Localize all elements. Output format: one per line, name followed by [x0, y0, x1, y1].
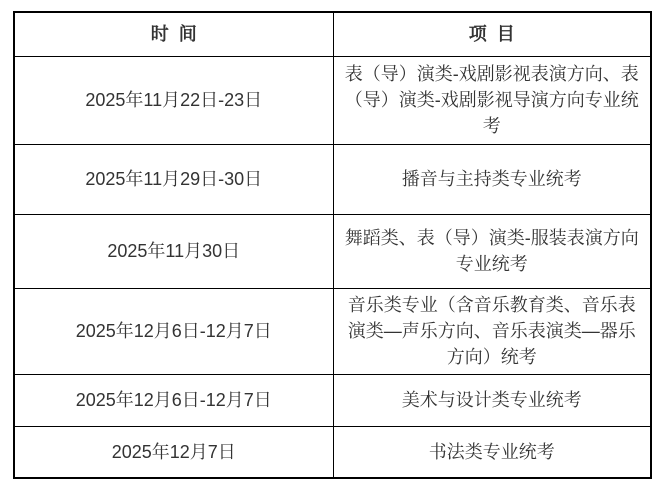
time-cell: 2025年11月29日-30日 — [14, 144, 333, 214]
time-cell: 2025年11月30日 — [14, 214, 333, 288]
time-cell: 2025年12月6日-12月7日 — [14, 288, 333, 374]
table-row: 2025年11月22日-23日 表（导）演类-戏剧影视表演方向、表（导）演类-戏… — [14, 56, 651, 144]
header-project: 项 目 — [333, 12, 651, 56]
table-row: 2025年12月7日 书法类专业统考 — [14, 426, 651, 478]
header-time: 时 间 — [14, 12, 333, 56]
project-cell: 表（导）演类-戏剧影视表演方向、表（导）演类-戏剧影视导演方向专业统考 — [333, 56, 651, 144]
time-cell: 2025年12月6日-12月7日 — [14, 374, 333, 426]
table-row: 2025年12月6日-12月7日 美术与设计类专业统考 — [14, 374, 651, 426]
table-row: 2025年11月30日 舞蹈类、表（导）演类-服装表演方向专业统考 — [14, 214, 651, 288]
project-cell: 音乐类专业（含音乐教育类、音乐表演类—声乐方向、音乐表演类—器乐方向）统考 — [333, 288, 651, 374]
table-row: 2025年11月29日-30日 播音与主持类专业统考 — [14, 144, 651, 214]
project-cell: 舞蹈类、表（导）演类-服装表演方向专业统考 — [333, 214, 651, 288]
table-row: 2025年12月6日-12月7日 音乐类专业（含音乐教育类、音乐表演类—声乐方向… — [14, 288, 651, 374]
project-cell: 播音与主持类专业统考 — [333, 144, 651, 214]
header-row: 时 间 项 目 — [14, 12, 651, 56]
exam-schedule-table: 时 间 项 目 2025年11月22日-23日 表（导）演类-戏剧影视表演方向、… — [13, 11, 652, 479]
project-cell: 美术与设计类专业统考 — [333, 374, 651, 426]
time-cell: 2025年11月22日-23日 — [14, 56, 333, 144]
project-cell: 书法类专业统考 — [333, 426, 651, 478]
time-cell: 2025年12月7日 — [14, 426, 333, 478]
